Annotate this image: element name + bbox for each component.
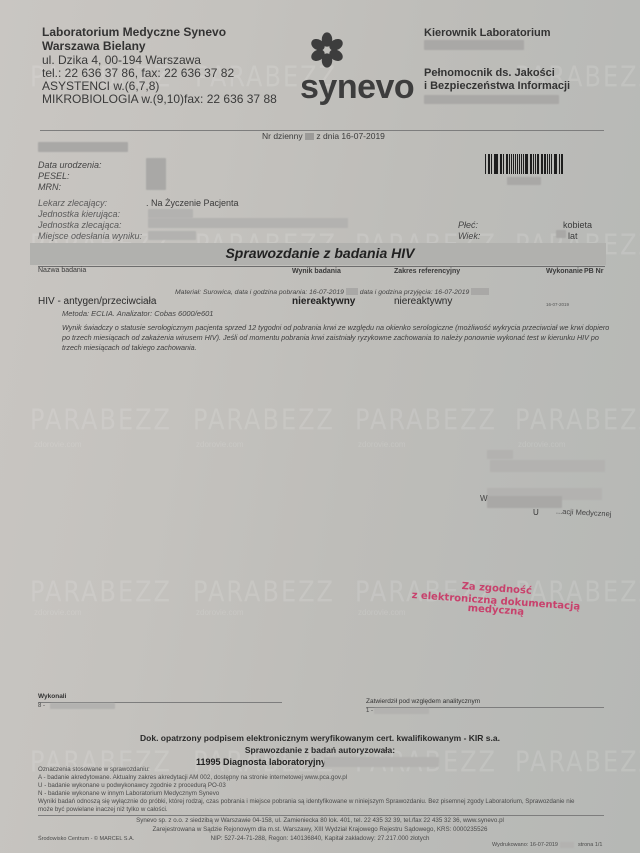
test-method: Metoda: ECLIA. Analizator: Cobas 6000/e6…	[62, 309, 213, 318]
redacted-daily-number	[305, 133, 314, 140]
redacted-approved-by	[374, 708, 429, 714]
test-name: HIV - antygen/przeciwciała	[38, 296, 156, 307]
stamp-line-3: medyczną	[467, 603, 524, 619]
barcode-bar	[513, 154, 514, 174]
signature-partial-u: U	[533, 508, 539, 517]
barcode-bar	[485, 154, 486, 174]
col-pb-nr: PB Nr	[584, 268, 603, 275]
flower-logo-icon	[308, 31, 346, 69]
barcode-bar	[549, 154, 550, 174]
signature-partial-text: ...acji Medycznej	[556, 507, 612, 519]
performed-by-label: Wykonali	[38, 693, 66, 700]
redacted-signature-line-2	[490, 460, 605, 472]
redacted-signature-line-4	[487, 496, 562, 508]
barcode-bar	[533, 154, 534, 174]
ordering-doctor-value: . Na Życzenie Pacjenta	[146, 198, 239, 208]
redacted-performed-by	[50, 703, 115, 709]
birth-date-label: Data urodzenia:	[38, 160, 102, 171]
footer-page: strona 1/1	[578, 842, 602, 848]
quality-officer-title-2: i Bezpieczeństwa Informacji	[424, 80, 570, 93]
sex-value: kobieta	[563, 220, 592, 230]
barcode-bar	[551, 154, 552, 174]
redacted-referring-unit	[148, 209, 193, 218]
redacted-collection-time	[346, 288, 358, 295]
lab-report-page: PARABEZZ PARABEZZ PARABEZZ PARABEZZ PARA…	[0, 0, 640, 853]
redacted-result-destination	[148, 231, 196, 240]
redacted-director-name	[424, 40, 524, 50]
redacted-barcode-number	[507, 177, 541, 185]
age-label: Wiek:	[458, 231, 480, 242]
quality-officer-title-1: Pełnomocnik ds. Jakości	[424, 67, 555, 80]
redacted-age	[556, 230, 566, 238]
barcode-bar	[491, 154, 492, 174]
barcode-bar	[517, 154, 518, 174]
pesel-label: PESEL:	[38, 171, 70, 182]
redacted-ordering-unit	[148, 218, 348, 228]
barcode-bar	[523, 154, 524, 174]
barcode-bar	[562, 154, 563, 174]
lab-phone-fax: tel.: 22 636 37 86, fax: 22 636 37 82	[42, 66, 234, 80]
ordering-doctor-label: Lekarz zlecający:	[38, 198, 107, 209]
footer-divider	[38, 815, 604, 816]
disclaimer-line-2: może być powielane inaczej niż tylko w c…	[38, 806, 168, 814]
barcode-bar	[541, 154, 542, 174]
redacted-signature-line-1	[487, 450, 513, 459]
barcode-bar	[503, 154, 504, 174]
result-note: Wynik świadczy o statusie serologicznym …	[62, 323, 612, 353]
footer-company-2: Zarejestrowana w Sądzie Rejonowym dla m.…	[0, 826, 640, 833]
report-title: Sprawozdanie z badania HIV	[0, 245, 640, 261]
authorized-by: 11995 Diagnosta laboratoryjny -	[196, 757, 332, 767]
approved-by-label: Zatwierdził pod względem analitycznym	[366, 698, 480, 705]
test-reference: niereaktywny	[394, 296, 452, 307]
barcode-bar	[506, 154, 507, 174]
lab-address: ul. Dzika 4, 00-194 Warszawa	[42, 53, 201, 67]
barcode-bar	[496, 154, 497, 174]
mrn-label: MRN:	[38, 182, 61, 193]
referring-unit-label: Jednostka kierująca:	[38, 209, 120, 220]
age-unit: lat	[568, 231, 578, 241]
authorization-signature-info: Dok. opatrzony podpisem elektronicznym w…	[0, 733, 640, 743]
lab-microbiology: MIKROBIOLOGIA w.(9,10)fax: 22 636 37 88	[42, 92, 277, 106]
col-test-name: Nazwa badania	[38, 267, 86, 274]
signature-partial-w: W	[480, 494, 488, 503]
col-result: Wynik badania	[292, 268, 341, 275]
col-reference: Zakres referencyjny	[394, 268, 460, 275]
title-divider	[38, 266, 605, 267]
footer-software: Środowisko Centrum - © MARCEL S.A.	[38, 836, 134, 842]
redacted-authorizer-name	[324, 757, 439, 767]
sex-label: Płeć:	[458, 220, 478, 231]
barcode	[485, 154, 565, 174]
barcode-bar	[556, 154, 557, 174]
daily-number: Nr dzienny z dnia 16-07-2019	[262, 131, 385, 141]
lab-branch: Warszawa Bielany	[42, 39, 146, 53]
redacted-patient-ids	[146, 158, 166, 190]
result-destination-label: Miejsce odesłania wyniku:	[38, 231, 142, 242]
barcode-bar	[526, 154, 527, 174]
logo-text: synevo	[300, 70, 414, 104]
col-performed: Wykonanie	[546, 268, 583, 275]
redacted-officer-name	[424, 95, 559, 104]
lab-name: Laboratorium Medyczne Synevo	[42, 25, 226, 39]
footer-printed: Wydrukowano: 16-07-2019	[492, 842, 558, 848]
approved-by-prefix: 1 -	[366, 708, 373, 714]
lab-director-title: Kierownik Laboratorium	[424, 27, 551, 40]
redacted-printed-time	[560, 842, 574, 848]
material-line: Materiał: Surowica, data i godzina pobra…	[175, 288, 489, 296]
lab-assistants: ASYSTENCI w.(6,7,8)	[42, 79, 159, 93]
ordering-unit-label: Jednostka zlecająca:	[38, 220, 122, 231]
test-result: niereaktywny	[292, 296, 355, 307]
barcode-bar	[538, 154, 539, 174]
redacted-receipt-time	[471, 288, 489, 295]
footer-company-1: Synevo sp. z o.o. z siedzibą w Warszawie…	[0, 817, 640, 824]
redacted-patient-name	[38, 142, 128, 152]
test-performed-date: 16-07-2019	[546, 302, 569, 307]
performed-by-prefix: 8 -	[38, 703, 45, 709]
authorization-heading: Sprawozdanie z badań autoryzowała:	[0, 745, 640, 755]
